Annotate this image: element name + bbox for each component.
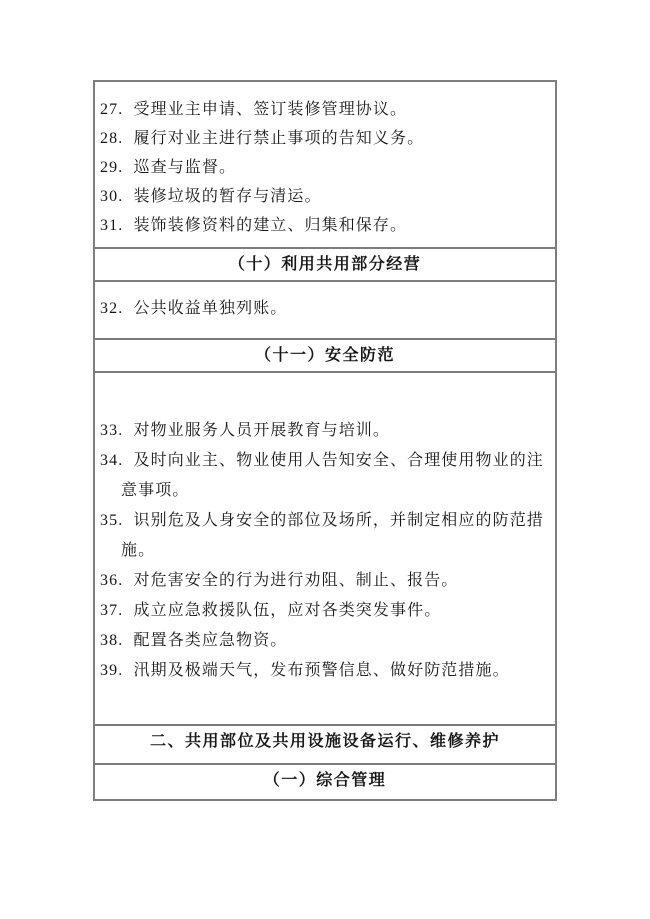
- list-item: 31. 装饰装修资料的建立、归集和保存。: [100, 211, 549, 240]
- table-row: 32. 公共收益单独列账。: [94, 281, 556, 339]
- list-item: 27. 受理业主申请、签订装修管理协议。: [100, 95, 549, 124]
- list-item: 35. 识别危及人身安全的部位及场所，并制定相应的防范措 施。: [100, 506, 549, 566]
- table-row: （十一）安全防范: [94, 339, 556, 372]
- list-item: 30. 装修垃圾的暂存与清运。: [100, 182, 549, 211]
- section-header: （十一）安全防范: [94, 339, 556, 372]
- table-row: 27. 受理业主申请、签订装修管理协议。28. 履行对业主进行禁止事项的告知义务…: [94, 81, 556, 248]
- service-table-body: 27. 受理业主申请、签订装修管理协议。28. 履行对业主进行禁止事项的告知义务…: [94, 81, 556, 800]
- items-cell: 33. 对物业服务人员开展教育与培训。34. 及时向业主、物业使用人告知安全、合…: [94, 372, 556, 725]
- list-item: 33. 对物业服务人员开展教育与培训。: [100, 416, 549, 446]
- list-item: 29. 巡查与监督。: [100, 153, 549, 182]
- table-row: 二、共用部位及共用设施设备运行、维修养护: [94, 725, 556, 764]
- table-row: 33. 对物业服务人员开展教育与培训。34. 及时向业主、物业使用人告知安全、合…: [94, 372, 556, 725]
- list-item: 37. 成立应急救援队伍，应对各类突发事件。: [100, 596, 549, 626]
- section-header: （一）综合管理: [94, 764, 556, 800]
- service-standards-table: 27. 受理业主申请、签订装修管理协议。28. 履行对业主进行禁止事项的告知义务…: [93, 80, 557, 801]
- list-item: 38. 配置各类应急物资。: [100, 626, 549, 656]
- table-row: （十）利用共用部分经营: [94, 248, 556, 281]
- list-item: 28. 履行对业主进行禁止事项的告知义务。: [100, 124, 549, 153]
- section-header: 二、共用部位及共用设施设备运行、维修养护: [94, 725, 556, 764]
- document-page: 27. 受理业主申请、签订装修管理协议。28. 履行对业主进行禁止事项的告知义务…: [0, 0, 650, 919]
- section-header: （十）利用共用部分经营: [94, 248, 556, 281]
- items-cell: 32. 公共收益单独列账。: [94, 281, 556, 339]
- list-item: 34. 及时向业主、物业使用人告知安全、合理使用物业的注 意事项。: [100, 446, 549, 506]
- table-row: （一）综合管理: [94, 764, 556, 800]
- items-cell: 27. 受理业主申请、签订装修管理协议。28. 履行对业主进行禁止事项的告知义务…: [94, 81, 556, 248]
- list-item: 39. 汛期及极端天气，发布预警信息、做好防范措施。: [100, 656, 549, 686]
- list-item: 36. 对危害安全的行为进行劝阻、制止、报告。: [100, 566, 549, 596]
- list-item: 32. 公共收益单独列账。: [100, 294, 549, 323]
